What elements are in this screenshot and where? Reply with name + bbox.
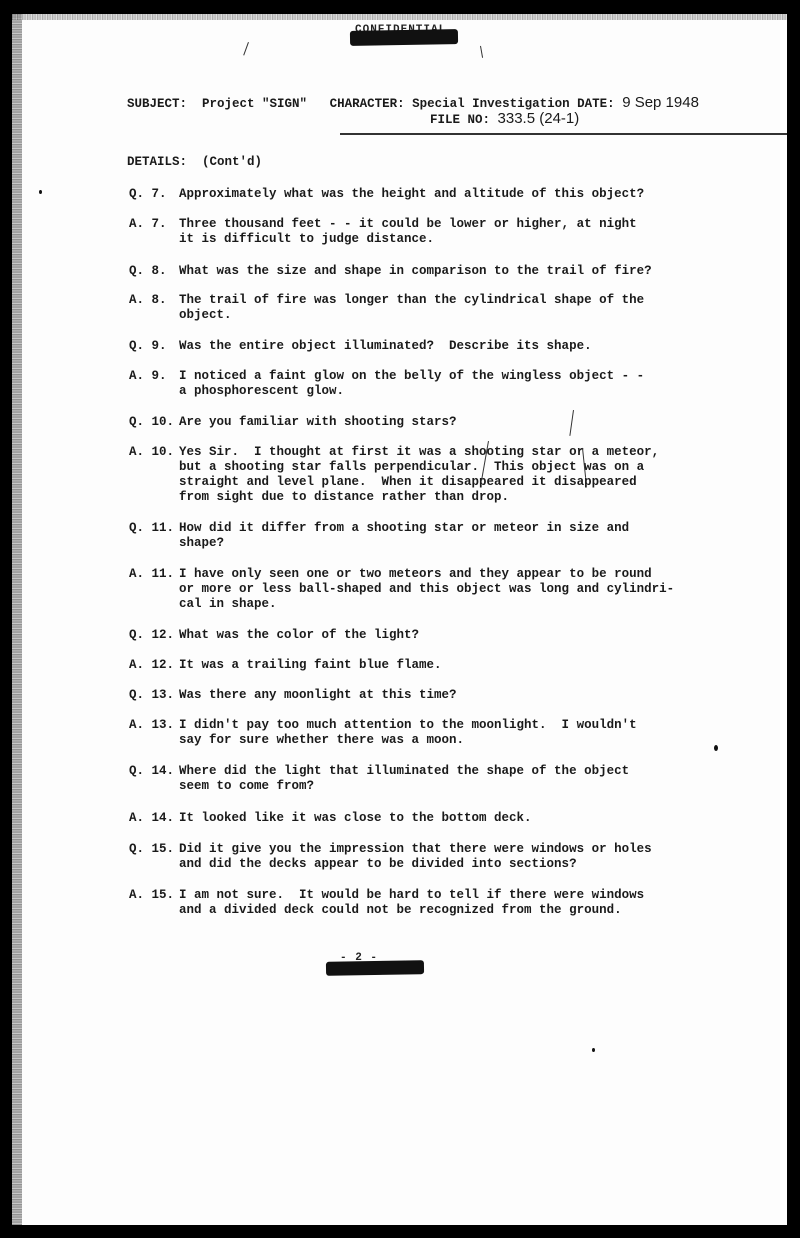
qa-label: Q. 15. (129, 842, 174, 857)
scan-speck (714, 745, 718, 751)
qa-label: Q. 13. (129, 688, 174, 703)
qa-label: A. 13. (129, 718, 174, 733)
qa-text: Three thousand feet - - it could be lowe… (179, 217, 689, 247)
scan-edge-noise (12, 14, 22, 1225)
qa-item: Q. 10. Are you familiar with shooting st… (129, 415, 689, 430)
qa-label: A. 8. (129, 293, 167, 308)
qa-text: Where did the light that illuminated the… (179, 764, 689, 794)
redaction-bar-top (350, 29, 458, 46)
character-label: CHARACTER: (330, 97, 405, 111)
qa-item: A. 10. Yes Sir. I thought at first it wa… (129, 445, 689, 505)
qa-text: It was a trailing faint blue flame. (179, 658, 689, 673)
document-page: CONFIDENTIAL SUBJECT: Project "SIGN" CHA… (12, 14, 787, 1225)
qa-label: A. 7. (129, 217, 167, 232)
qa-text: What was the color of the light? (179, 628, 689, 643)
subject-label: SUBJECT: (127, 97, 187, 111)
qa-text: Are you familiar with shooting stars? (179, 415, 689, 430)
date-label: DATE: (577, 97, 615, 111)
scan-speck (592, 1048, 595, 1052)
subject-value: Project "SIGN" (202, 97, 307, 111)
qa-item: A. 8. The trail of fire was longer than … (129, 293, 689, 323)
qa-label: A. 15. (129, 888, 174, 903)
qa-text: What was the size and shape in compariso… (179, 264, 689, 279)
qa-label: Q. 10. (129, 415, 174, 430)
redaction-bar-bottom (326, 960, 424, 976)
file-no-value: 333.5 (24-1) (498, 110, 580, 127)
qa-label: A. 9. (129, 369, 167, 384)
qa-text: Approximately what was the height and al… (179, 187, 689, 202)
qa-item: Q. 13. Was there any moonlight at this t… (129, 688, 689, 703)
qa-item: Q. 11. How did it differ from a shooting… (129, 521, 689, 551)
qa-label: A. 12. (129, 658, 174, 673)
qa-label: Q. 7. (129, 187, 167, 202)
character-value: Special Investigation (412, 97, 570, 111)
file-no-label: FILE NO: (430, 113, 490, 127)
qa-item: Q. 15. Did it give you the impression th… (129, 842, 689, 872)
qa-label: Q. 11. (129, 521, 174, 536)
qa-text: Was the entire object illuminated? Descr… (179, 339, 689, 354)
details-heading: DETAILS: (Cont'd) (127, 155, 262, 169)
qa-item: Q. 9. Was the entire object illuminated?… (129, 339, 689, 354)
scan-edge-noise-top (12, 14, 787, 20)
qa-item: A. 15. I am not sure. It would be hard t… (129, 888, 689, 918)
qa-text: I noticed a faint glow on the belly of t… (179, 369, 689, 399)
qa-item: A. 11. I have only seen one or two meteo… (129, 567, 689, 612)
qa-item: A. 12. It was a trailing faint blue flam… (129, 658, 689, 673)
qa-text: The trail of fire was longer than the cy… (179, 293, 689, 323)
pen-mark (243, 42, 249, 55)
qa-text: Was there any moonlight at this time? (179, 688, 689, 703)
qa-text: I have only seen one or two meteors and … (179, 567, 689, 612)
qa-text: It looked like it was close to the botto… (179, 811, 689, 826)
qa-text: I am not sure. It would be hard to tell … (179, 888, 689, 918)
qa-label: A. 14. (129, 811, 174, 826)
header-row: SUBJECT: Project "SIGN" CHARACTER: Speci… (127, 94, 699, 111)
qa-text: I didn't pay too much attention to the m… (179, 718, 689, 748)
qa-label: Q. 14. (129, 764, 174, 779)
qa-label: A. 11. (129, 567, 174, 582)
qa-label: A. 10. (129, 445, 174, 460)
qa-item: A. 9. I noticed a faint glow on the bell… (129, 369, 689, 399)
qa-text: How did it differ from a shooting star o… (179, 521, 689, 551)
qa-item: Q. 7. Approximately what was the height … (129, 187, 689, 202)
qa-item: A. 7. Three thousand feet - - it could b… (129, 217, 689, 247)
date-value: 9 Sep 1948 (622, 94, 699, 111)
qa-item: A. 14. It looked like it was close to th… (129, 811, 689, 826)
qa-text: Did it give you the impression that ther… (179, 842, 689, 872)
qa-label: Q. 8. (129, 264, 167, 279)
qa-item: Q. 8. What was the size and shape in com… (129, 264, 689, 279)
pen-mark (480, 46, 483, 58)
qa-item: Q. 12. What was the color of the light? (129, 628, 689, 643)
file-number: FILE NO: 333.5 (24-1) (430, 110, 579, 127)
qa-label: Q. 9. (129, 339, 167, 354)
scan-speck (39, 190, 42, 194)
qa-item: A. 13. I didn't pay too much attention t… (129, 718, 689, 748)
qa-label: Q. 12. (129, 628, 174, 643)
header-divider (340, 133, 787, 135)
qa-text: Yes Sir. I thought at first it was a sho… (179, 445, 689, 505)
qa-item: Q. 14. Where did the light that illumina… (129, 764, 689, 794)
